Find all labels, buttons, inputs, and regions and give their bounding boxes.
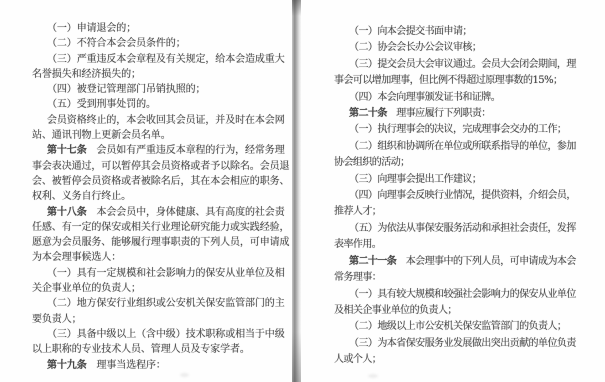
article-heading: 第十八条	[47, 207, 87, 218]
text-run: （二）组织和协调所在单位或所联系指导的单位，参加	[349, 141, 576, 152]
text-run: 为本会理事候选人：	[32, 252, 121, 263]
text-line: （三）向理事会提出工作建议；	[334, 172, 591, 188]
page-right: （一）向本会提交书面申请；（二）协会会长办公会议审核；（三）提交会员大会审议通过…	[301, 0, 605, 382]
text-line: （四）本会向理事颁发证书和证牌。	[334, 90, 591, 106]
text-line: （二）地级以上市公安机关保安监管部门的负责人；	[334, 319, 591, 335]
text-line: （一）具有一定规模和社会影响力的保安从业单位及相	[32, 266, 286, 281]
text-run: （二）协会会长办公会议审核；	[349, 42, 481, 53]
text-line: 常务理事：	[334, 270, 591, 286]
text-run: 及相关企事业单位的负责人；	[334, 305, 457, 316]
text-run: （三）具备中级以上（含中级）技术职称或相当于中级	[47, 329, 285, 340]
text-line: 愿意为会员服务、能够履行理事职责的下列人员，可申请成	[32, 235, 286, 250]
text-run: 事会表决通过，可以暂停其会员资格或者予以除名。会员退	[32, 161, 289, 172]
article-heading: 第十九条	[47, 360, 87, 371]
text-line: 第十八条 本会会员中，身体健康、具有高度的社会责	[32, 205, 286, 220]
text-line: 要负责人；	[32, 312, 286, 327]
text-line: （一）向本会提交书面申请；	[334, 24, 591, 40]
text-run: （一）执行理事会的决议，完成理事会交办的工作；	[349, 124, 566, 135]
page-gutter-divider	[292, 0, 301, 382]
text-line: 为本会理事候选人：	[32, 250, 286, 265]
text-line: （五）为依法从事保安服务活动和承担社会责任，发挥	[334, 221, 591, 237]
text-line: 第二十一条 本会理事中的下列人员，可申请成为本会	[334, 254, 591, 270]
text-line: 及相关企事业单位的负责人；	[334, 303, 591, 319]
text-run: 以上职称的专业技术人员、管理人员及专家学者。	[32, 344, 250, 355]
text-run: 权利、义务自行终止。	[32, 191, 131, 202]
text-line: 第十七条 会员如有严重违反本章程的行为，经常务理	[32, 143, 286, 158]
text-line: 任感、有一定的保安或相关行业理论研究能力或实践经验，	[32, 220, 286, 235]
text-line: （一）执行理事会的决议，完成理事会交办的工作；	[334, 122, 591, 138]
text-run: 本会会员中，身体健康、具有高度的社会责	[87, 207, 285, 218]
text-line: 协会组织的活动；	[334, 155, 591, 171]
text-line: （一）申请退会的；	[32, 21, 286, 36]
document-scan: （一）申请退会的；（二）不符合本会会员条件的；（三）严重违反本会章程及有关规定，…	[0, 0, 605, 382]
text-run: 人或个人；	[334, 354, 381, 365]
page-left-text: （一）申请退会的；（二）不符合本会会员条件的；（三）严重违反本会章程及有关规定，…	[32, 21, 286, 373]
text-run: 关企事业单位的负责人；	[32, 283, 141, 294]
text-run: （四）向理事会反映行业情况，提供资料，介绍会员，	[349, 190, 576, 201]
text-line: （三）为本省保安服务业发展做出突出贡献的单位负责	[334, 336, 591, 352]
text-run: （一）向本会提交书面申请；	[349, 26, 472, 37]
text-run: （五）为依法从事保安服务活动和承担社会责任，发挥	[349, 223, 576, 234]
text-line: 推荐人才；	[334, 204, 591, 220]
text-run: 任感、有一定的保安或相关行业理论研究能力或实践经验，	[32, 222, 289, 233]
text-line: 关企事业单位的负责人；	[32, 281, 286, 296]
text-line: 会、被暂停会员资格或者被除名后，其在本会相应的职务、	[32, 174, 286, 189]
text-line: 站、通讯刊物上更新会员名单。	[32, 128, 286, 143]
text-run: （四）本会向理事颁发证书和证牌。	[349, 92, 500, 103]
text-run: 表率作用。	[334, 239, 381, 250]
text-run: （三）为本省保安服务业发展做出突出贡献的单位负责	[349, 338, 576, 349]
text-run: （五）受到刑事处罚的。	[47, 99, 156, 110]
text-line: （二）地方保安行业组织或公安机关保安监管部门的主	[32, 296, 286, 311]
page-left: （一）申请退会的；（二）不符合本会会员条件的；（三）严重违反本会章程及有关规定，…	[0, 0, 292, 382]
text-run: 愿意为会员服务、能够履行理事职责的下列人员，可申请成	[32, 237, 289, 248]
text-line: 第二十条 理事应履行下列职责：	[334, 106, 591, 122]
text-run: 事会可以增加理事，但比例不得超过原理事数的15%；	[334, 75, 562, 86]
text-run: （三）提交会员大会审议通过。会员大会闭会期间，理	[349, 59, 576, 70]
article-heading: 第二十条	[349, 108, 387, 119]
text-run: 站、通讯刊物上更新会员名单。	[32, 130, 171, 141]
text-run: 推荐人才；	[334, 206, 381, 217]
text-run: （一）具有较大规模和较强社会影响力的保安从业单位	[349, 289, 576, 300]
text-run: （三）向理事会提出工作建议；	[349, 174, 481, 185]
text-run: 本会理事中的下列人员，可申请成为本会	[396, 256, 576, 267]
text-line: （二）不符合本会会员条件的；	[32, 36, 286, 51]
text-line: 名誉损失和经济损失的；	[32, 67, 286, 82]
text-run: （一）具有一定规模和社会影响力的保安从业单位及相	[47, 268, 285, 279]
text-run: 理事当选程序：	[87, 360, 166, 371]
text-run: （四）被登记管理部门吊销执照的；	[47, 84, 205, 95]
text-line: （二）协会会长办公会议审核；	[334, 40, 591, 56]
article-heading: 第二十一条	[349, 256, 396, 267]
text-line: （四）被登记管理部门吊销执照的；	[32, 82, 286, 97]
article-heading: 第十七条	[47, 145, 87, 156]
text-run: 会员资格终止的，本会收回其会员证，并及时在本会网	[47, 115, 285, 126]
text-run: 名誉损失和经济损失的；	[32, 69, 141, 80]
text-run: 会、被暂停会员资格或者被除名后，其在本会相应的职务、	[32, 176, 289, 187]
text-line: （三）具备中级以上（含中级）技术职称或相当于中级	[32, 327, 286, 342]
text-run: 理事应履行下列职责：	[387, 108, 491, 119]
text-line: （三）严重违反本会章程及有关规定，给本会造成重大	[32, 52, 286, 67]
scan-smudge	[180, 373, 189, 377]
scan-smudge	[548, 340, 555, 343]
text-run: （一）申请退会的；	[47, 23, 136, 34]
page-right-text: （一）向本会提交书面申请；（二）协会会长办公会议审核；（三）提交会员大会审议通过…	[334, 24, 591, 369]
text-line: 以上职称的专业技术人员、管理人员及专家学者。	[32, 342, 286, 357]
text-line: 事会表决通过，可以暂停其会员资格或者予以除名。会员退	[32, 159, 286, 174]
text-line: （五）受到刑事处罚的。	[32, 97, 286, 112]
text-line: 权利、义务自行终止。	[32, 189, 286, 204]
scan-smudge	[368, 374, 378, 378]
text-line: 会员资格终止的，本会收回其会员证，并及时在本会网	[32, 113, 286, 128]
text-run: 常务理事：	[334, 272, 381, 283]
text-line: 人或个人；	[334, 352, 591, 368]
text-line: （二）组织和协调所在单位或所联系指导的单位，参加	[334, 139, 591, 155]
text-line: 第十九条 理事当选程序：	[32, 358, 286, 373]
text-line: 事会可以增加理事，但比例不得超过原理事数的15%；	[334, 73, 591, 89]
text-run: （三）严重违反本会章程及有关规定，给本会造成重大	[47, 54, 285, 65]
text-line: 表率作用。	[334, 237, 591, 253]
text-run: （二）地级以上市公安机关保安监管部门的负责人；	[349, 321, 566, 332]
text-run: 协会组织的活动；	[334, 157, 410, 168]
text-run: 会员如有严重违反本章程的行为，经常务理	[87, 145, 285, 156]
text-run: （二）地方保安行业组织或公安机关保安监管部门的主	[47, 298, 285, 309]
text-line: （四）向理事会反映行业情况，提供资料，介绍会员，	[334, 188, 591, 204]
text-line: （三）提交会员大会审议通过。会员大会闭会期间，理	[334, 57, 591, 73]
text-run: （二）不符合本会会员条件的；	[47, 38, 186, 49]
text-run: 要负责人；	[32, 314, 82, 325]
text-line: （一）具有较大规模和较强社会影响力的保安从业单位	[334, 287, 591, 303]
